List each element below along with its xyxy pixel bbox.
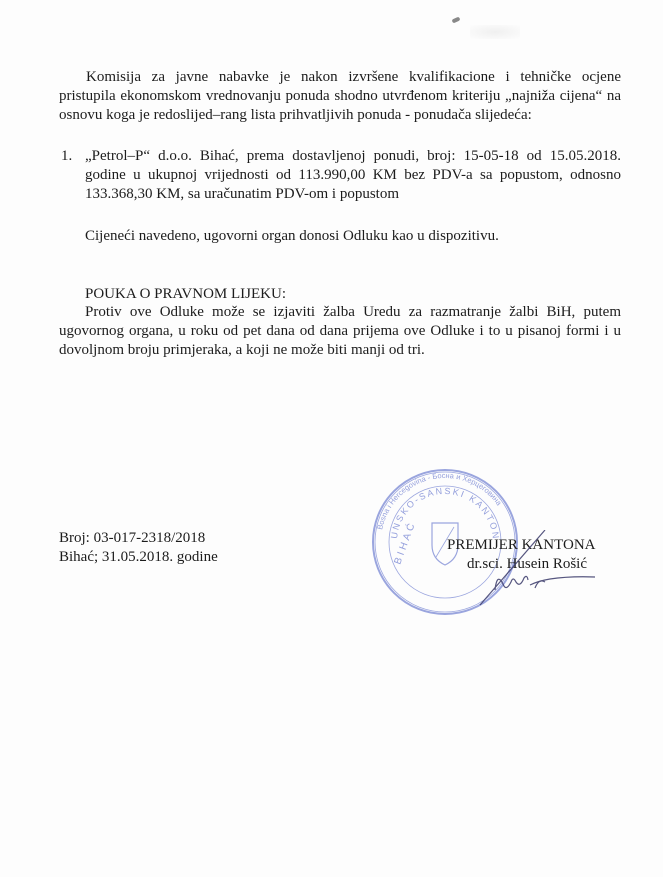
conclusion-text: Cijeneći navedeno, ugovorni organ donosi… bbox=[85, 227, 499, 245]
legal-remedy-line-3: dovoljnom broju primjeraka, a koji ne mo… bbox=[59, 341, 425, 359]
intro-line-3: osnovu koga je redoslijed–rang lista pri… bbox=[59, 106, 532, 124]
ranking-item-line-1: „Petrol–P“ d.o.o. Bihać, prema dostavlje… bbox=[85, 147, 621, 165]
ranking-item-line-2: godine u ukupnoj vrijednosti od 113.990,… bbox=[85, 166, 621, 184]
reference-number: Broj: 03-017-2318/2018 bbox=[59, 529, 205, 547]
legal-remedy-heading: POUKA O PRAVNOM LIJEKU: bbox=[85, 285, 286, 303]
scan-smudge bbox=[470, 25, 520, 39]
ranking-item-number: 1. bbox=[61, 147, 72, 165]
legal-remedy-line-1: Protiv ove Odluke može se izjaviti žalba… bbox=[85, 303, 621, 321]
signature-icon bbox=[475, 530, 605, 610]
scan-speck bbox=[452, 16, 461, 23]
intro-line-2: pristupila ekonomskom vrednovanju ponuda… bbox=[59, 87, 621, 105]
place-date: Bihać; 31.05.2018. godine bbox=[59, 548, 218, 566]
document-page: Komisija za javne nabavke je nakon izvrš… bbox=[0, 0, 663, 877]
ranking-item-line-3: 133.368,30 KM, sa uračunatim PDV-om i po… bbox=[85, 185, 399, 203]
intro-line-1: Komisija za javne nabavke je nakon izvrš… bbox=[86, 68, 621, 86]
legal-remedy-line-2: ugovornog organa, u roku od pet dana od … bbox=[59, 322, 621, 340]
